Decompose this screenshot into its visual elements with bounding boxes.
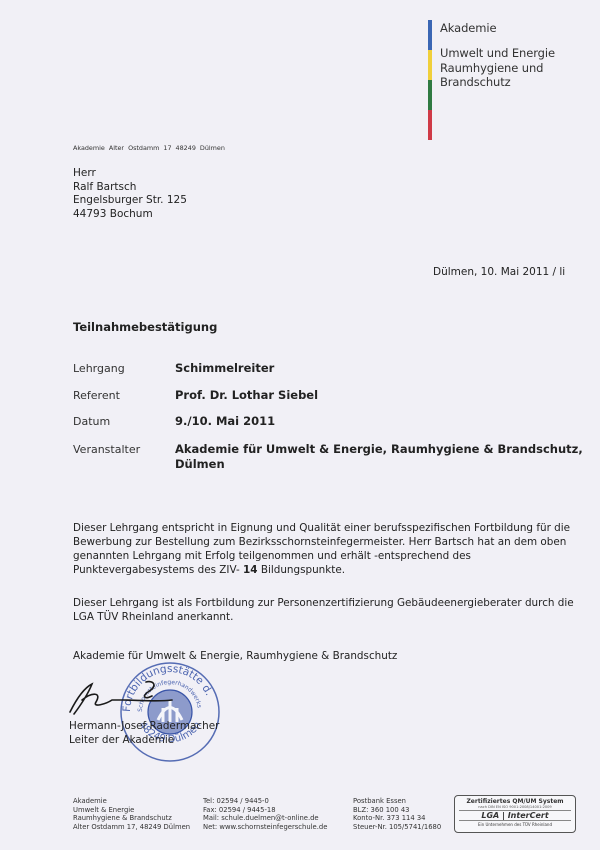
recipient-salutation: Herr (73, 167, 187, 181)
footer-phone: Tel: 02594 / 9445-0 (203, 797, 327, 806)
footer-address-line: Akademie (73, 797, 190, 806)
detail-label-datum: Datum (73, 415, 110, 428)
logo-bar-red (428, 110, 432, 140)
cert-logo: LGA | InterCert (459, 810, 571, 821)
detail-label-veranstalter: Veranstalter (73, 443, 140, 456)
detail-value-lehrgang: Schimmelreiter (175, 361, 274, 376)
footer-bank-line: Postbank Essen (353, 797, 441, 806)
veranstalter-line1: Akademie für Umwelt & Energie, Raumhygie… (175, 442, 583, 457)
detail-label-referent: Referent (73, 389, 120, 402)
detail-value-referent: Prof. Dr. Lothar Siebel (175, 388, 318, 403)
logo-bar-yellow (428, 50, 432, 80)
letterhead-akademie: Akademie (440, 21, 496, 35)
detail-value-datum: 9./10. Mai 2011 (175, 414, 275, 429)
recipient-address: Herr Ralf Bartsch Engelsburger Str. 125 … (73, 167, 187, 221)
recipient-city: 44793 Bochum (73, 208, 187, 222)
detail-label-lehrgang: Lehrgang (73, 362, 125, 375)
document-title: Teilnahmebestätigung (73, 320, 217, 334)
education-points: 14 (243, 564, 257, 576)
logo-bar-blue (428, 20, 432, 50)
cert-standard: nach DIN EN ISO 9001:2008/14001:2009 (455, 805, 575, 809)
paragraph-eligibility: Dieser Lehrgang entspricht in Eignung un… (73, 521, 593, 577)
footer-address: Akademie Umwelt & Energie Raumhygiene & … (73, 797, 190, 831)
paragraph1-end: Bildungspunkte. (258, 564, 346, 576)
footer-address-line: Raumhygiene & Brandschutz (73, 814, 190, 823)
footer-address-line: Alter Ostdamm 17, 48249 Dülmen (73, 823, 190, 832)
cert-title: Zertifiziertes QM/UM System (455, 798, 575, 805)
recipient-street: Engelsburger Str. 125 (73, 194, 187, 208)
cert-owner: Ein Unternehmen des TÜV Rheinland (455, 822, 575, 827)
footer-bank-line: BLZ: 360 100 43 (353, 806, 441, 815)
footer-address-line: Umwelt & Energie (73, 806, 190, 815)
footer-email[interactable]: Mail: schule.duelmen@t-online.de (203, 814, 327, 823)
veranstalter-line2: Dülmen (175, 457, 583, 472)
letterhead-line2: Umwelt und Energie (440, 46, 555, 60)
letterhead-line3: Raumhygiene und Brandschutz (440, 61, 600, 89)
sender-return-address: Akademie Alter Ostdamm 17 48249 Dülmen (73, 144, 225, 152)
signer-name: Hermann-Josef Radermacher (69, 719, 219, 733)
footer-fax: Fax: 02594 / 9445-18 (203, 806, 327, 815)
footer-bank-line: Konto-Nr. 373 114 34 (353, 814, 441, 823)
footer-website[interactable]: Net: www.schornsteinfegerschule.de (203, 823, 327, 832)
logo-color-bar (428, 20, 432, 140)
logo-bar-green (428, 80, 432, 110)
signer-block: Hermann-Josef Radermacher Leiter der Aka… (69, 719, 219, 747)
letter-date: Dülmen, 10. Mai 2011 / li (433, 266, 565, 278)
signer-role: Leiter der Akademie (69, 733, 219, 747)
detail-value-veranstalter: Akademie für Umwelt & Energie, Raumhygie… (175, 442, 583, 472)
recipient-name: Ralf Bartsch (73, 181, 187, 195)
footer-bank-line: Steuer-Nr. 105/5741/1680 (353, 823, 441, 832)
handwritten-signature-icon (62, 678, 182, 718)
footer-bank: Postbank Essen BLZ: 360 100 43 Konto-Nr.… (353, 797, 441, 831)
certification-badge: Zertifiziertes QM/UM System nach DIN EN … (454, 795, 576, 833)
paragraph-recognition: Dieser Lehrgang ist als Fortbildung zur … (73, 596, 593, 624)
footer-contact: Tel: 02594 / 9445-0 Fax: 02594 / 9445-18… (203, 797, 327, 831)
